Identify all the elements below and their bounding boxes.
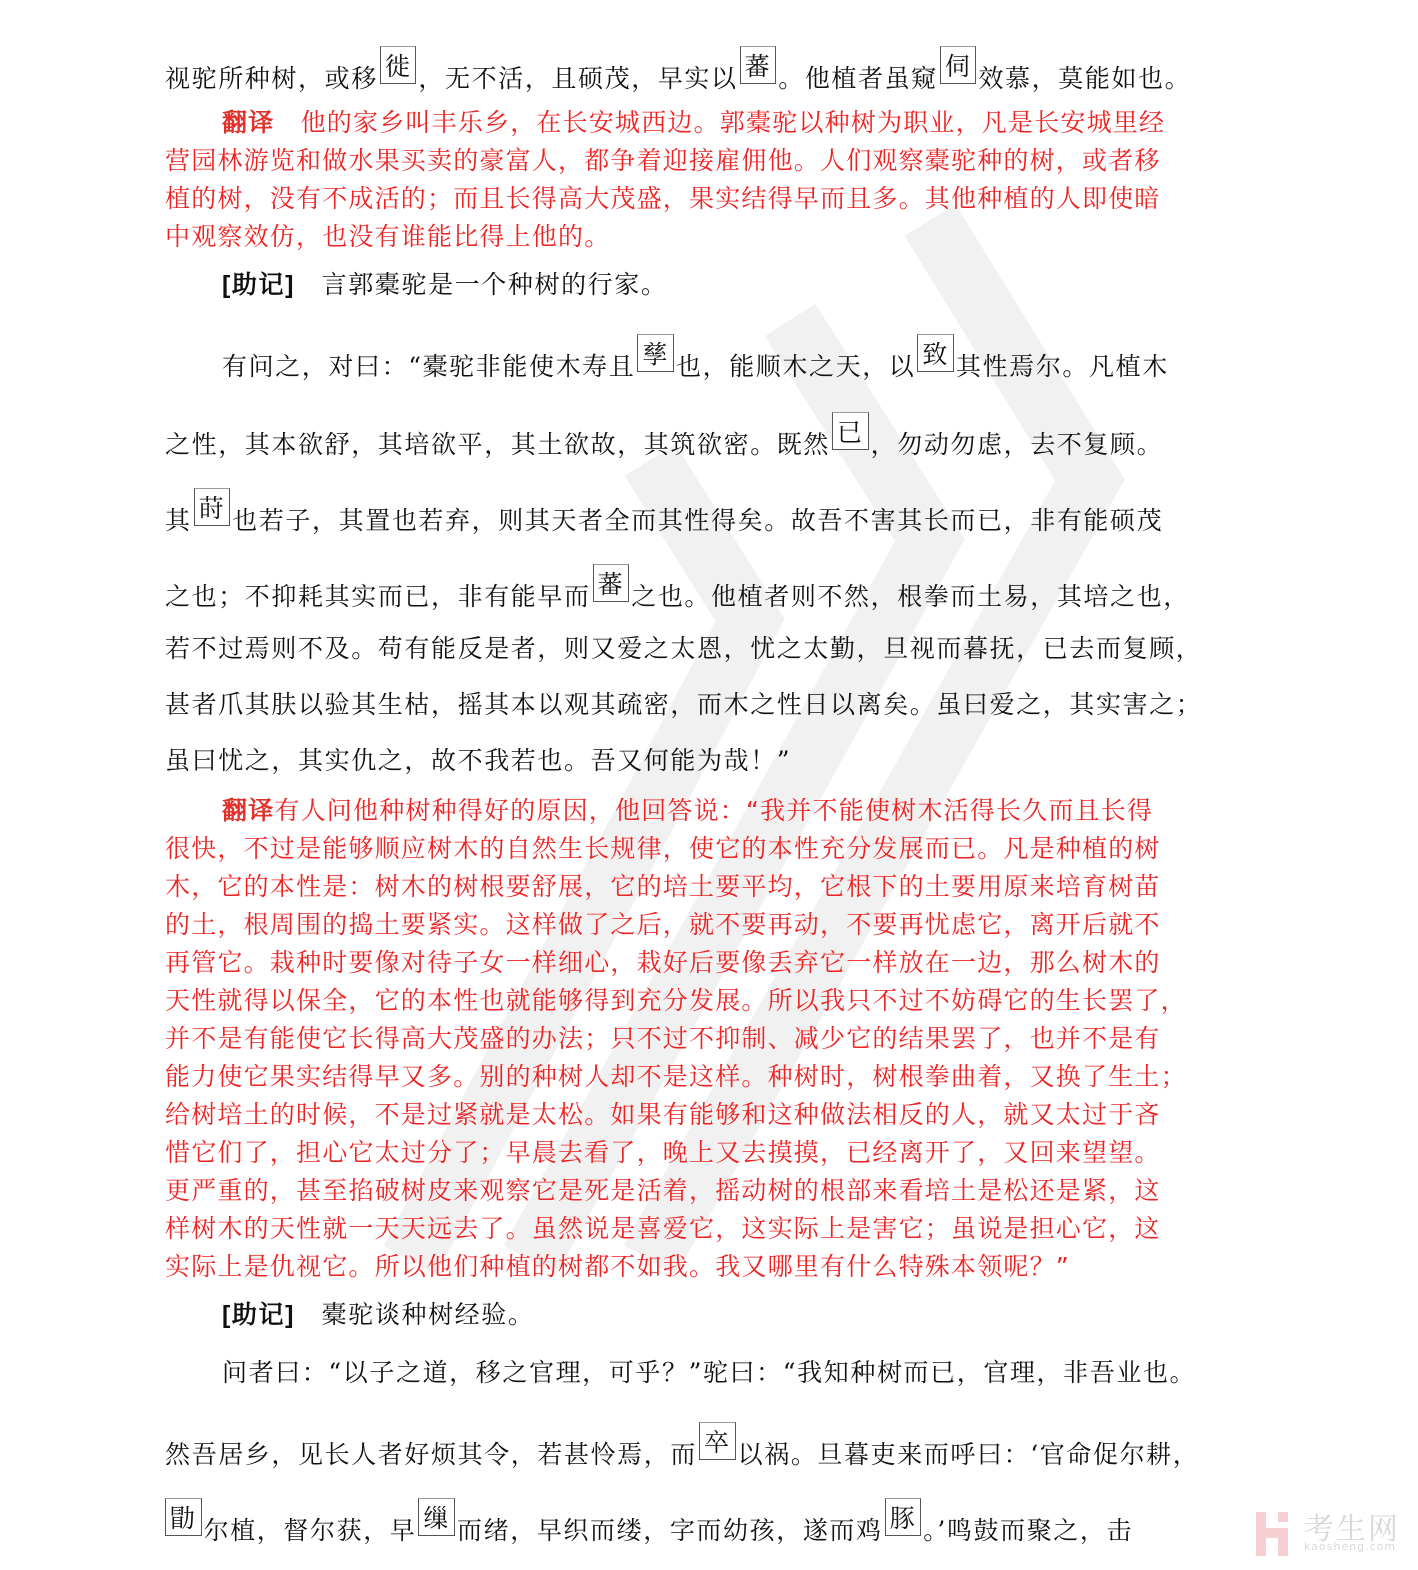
- text-segment: 视驼所种树，或移: [165, 64, 378, 93]
- key-char-box: 勖: [165, 1498, 202, 1536]
- logo-url: kaosheng.com: [1304, 1540, 1396, 1553]
- translation-line: 的土，根周围的捣土要紧实。这样做了之后，就不要再动，不要再忧虑它，离开后就不: [165, 910, 1255, 940]
- original-text-line: 勖尔植，督尔获，早缫而绪，早织而缕，字而幼孩，遂而鸡豚。’鸣鼓而聚之，击: [165, 1510, 1255, 1548]
- translation-line: 并不是有能使它长得高大茂盛的办法；只不过不抑制、减少它的结果罢了，也并不是有: [165, 1024, 1255, 1054]
- translation-line: 给树培土的时候，不是过紧就是太松。如果有能够和这种做法相反的人，就又太过于吝: [165, 1100, 1255, 1130]
- original-text-line: 问者曰：“以子之道，移之官理，可乎？”驼曰：“我知种树而已，官理，非吾业也。: [222, 1358, 1255, 1388]
- translation-line: 更严重的，甚至掐破树皮来观察它是死是活着，摇动树的根部来看培土是松还是紧，这: [165, 1176, 1255, 1206]
- original-text-line: 甚者爪其肤以验其生枯，摇其本以观其疏密，而木之性日以离矣。虽曰爱之，其实害之；: [165, 690, 1255, 720]
- document-page: 视驼所种树，或移徙，无不活，且硕茂，早实以蕃。他植者虽窥伺效慕，莫能如也。 翻译…: [0, 0, 1418, 1570]
- translation-line: 中观察效仿，也没有谁能比得上他的。: [165, 222, 1255, 252]
- key-char-box: 致: [917, 334, 954, 372]
- key-char-box: 徙: [380, 46, 417, 84]
- kaosheng-logo: 考生网 kaosheng.com: [1256, 1504, 1406, 1560]
- translation-line: 再管它。栽种时要像对待子女一样细心，栽好后要像丢弃它一样放在一边，那么树木的: [165, 948, 1255, 978]
- text-segment: 其: [165, 506, 192, 535]
- translation-line: 木，它的本性是：树木的树根要舒展，它的培土要平均，它根下的土要用原来培育树苗: [165, 872, 1255, 902]
- memory-aid-label: [助记]: [222, 271, 295, 299]
- memory-aid-text: 言郭橐驼是一个种树的行家。: [322, 271, 668, 299]
- key-char-box: 伺: [940, 46, 977, 84]
- logo-mark-icon: [1256, 1508, 1296, 1556]
- text-segment: 有问之，对曰：“橐驼非能使木寿且: [222, 352, 635, 381]
- key-char-box: 蕃: [593, 564, 630, 602]
- text-segment: 其性焉尔。凡植木: [956, 352, 1169, 381]
- key-char-box: 缫: [418, 1498, 455, 1536]
- memory-aid-text: 橐驼谈种树经验。: [322, 1301, 535, 1329]
- translation-line: 实际上是仇视它。所以他们种植的树都不如我。我又哪里有什么特殊本领呢？”: [165, 1252, 1255, 1282]
- translation-label: 翻译: [222, 796, 274, 825]
- text-segment: 之也。他植者则不然，根拳而土易，其培之也，: [631, 582, 1190, 611]
- original-text-line: 之性，其本欲舒，其培欲平，其土欲故，其筑欲密。既然已，勿动勿虑，去不复顾。: [165, 424, 1255, 462]
- original-text-line: 然吾居乡，见长人者好烦其令，若甚怜焉，而卒以祸。旦暮吏来而呼曰：‘官命促尔耕，: [165, 1434, 1255, 1472]
- text-segment: 也，能顺木之天，以: [676, 352, 915, 381]
- translation-line: 很快，不过是能够顺应树木的自然生长规律，使它的本性充分发展而已。凡是种植的树: [165, 834, 1255, 864]
- memory-aid-line: [助记] 言郭橐驼是一个种树的行家。: [222, 270, 1255, 300]
- text-segment: 。’鸣鼓而聚之，击: [923, 1516, 1133, 1545]
- text-segment: 之也；不抑耗其实而已，非有能早而: [165, 582, 591, 611]
- original-text-line: 虽曰忧之，其实仇之，故不我若也。吾又何能为哉！”: [165, 746, 1255, 776]
- text-segment: 然吾居乡，见长人者好烦其令，若甚怜焉，而: [165, 1440, 697, 1469]
- translation-line: 营园林游览和做水果买卖的豪富人，都争着迎接雇佣他。人们观察橐驼种的树，或者移: [165, 146, 1255, 176]
- key-char-box: 卒: [699, 1422, 736, 1460]
- original-text-line: 其莳也若子，其置也若弃，则其天者全而其性得矣。故吾不害其长而已，非有能硕茂: [165, 500, 1255, 538]
- translation-label: 翻译: [222, 108, 274, 137]
- text-segment: 效慕，莫能如也。: [978, 64, 1191, 93]
- text-segment: 尔植，督尔获，早: [204, 1516, 417, 1545]
- memory-aid-line: [助记] 橐驼谈种树经验。: [222, 1300, 1255, 1330]
- key-char-box: 已: [832, 412, 869, 450]
- translation-line: 天性就得以保全，它的本性也就能够得到充分发展。所以我只不过不妨碍它的生长罢了，: [165, 986, 1255, 1016]
- text-segment: ，勿动勿虑，去不复顾。: [871, 430, 1164, 459]
- translation-line: 植的树，没有不成活的；而且长得高大茂盛，果实结得早而且多。其他种植的人即使暗: [165, 184, 1255, 214]
- text-segment: 以祸。旦暮吏来而呼曰：‘官命促尔耕，: [738, 1440, 1200, 1469]
- original-text-line: 之也；不抑耗其实而已，非有能早而蕃之也。他植者则不然，根拳而土易，其培之也，: [165, 576, 1255, 614]
- translation-line: 样树木的天性就一天天远去了。虽然说是喜爱它，这实际上是害它；虽说是担心它，这: [165, 1214, 1255, 1244]
- text-segment: 也若子，其置也若弃，则其天者全而其性得矣。故吾不害其长而已，非有能硕茂: [232, 506, 1163, 535]
- text-segment: 。他植者虽窥: [778, 64, 938, 93]
- memory-aid-label: [助记]: [222, 1301, 295, 1329]
- translation-line: 能力使它果实结得早又多。别的种树人却不是这样。种树时，树根拳曲着，又换了生土；: [165, 1062, 1255, 1092]
- translation-line: 翻译有人问他种树种得好的原因，他回答说：“我并不能使树木活得长久而且长得: [222, 796, 1255, 826]
- key-char-box: 蕃: [740, 46, 777, 84]
- text-segment: 之性，其本欲舒，其培欲平，其土欲故，其筑欲密。既然: [165, 430, 830, 459]
- key-char-box: 豚: [885, 1498, 922, 1536]
- text-segment: 而绪，早织而缕，字而幼孩，遂而鸡: [457, 1516, 883, 1545]
- text-segment: ，无不活，且硕茂，早实以: [418, 64, 737, 93]
- translation-text: 有人问他种树种得好的原因，他回答说：“我并不能使树木活得长久而且长得: [274, 796, 1153, 825]
- translation-line: 惜它们了，担心它太过分了；早晨去看了，晚上又去摸摸，已经离开了，又回来望望。: [165, 1138, 1255, 1168]
- original-text-line: 若不过焉则不及。苟有能反是者，则又爱之太恩，忧之太勤，旦视而暮抚，已去而复顾，: [165, 634, 1255, 664]
- original-text-line: 有问之，对曰：“橐驼非能使木寿且孳也，能顺木之天，以致其性焉尔。凡植木: [222, 346, 1255, 384]
- translation-line: 翻译 他的家乡叫丰乐乡，在长安城西边。郭橐驼以种树为职业，凡是长安城里经: [222, 108, 1255, 138]
- key-char-box: 孳: [637, 334, 674, 372]
- key-char-box: 莳: [194, 488, 231, 526]
- original-text-line: 视驼所种树，或移徙，无不活，且硕茂，早实以蕃。他植者虽窥伺效慕，莫能如也。: [165, 58, 1255, 96]
- translation-text: 他的家乡叫丰乐乡，在长安城西边。郭橐驼以种树为职业，凡是长安城里经: [274, 108, 1165, 137]
